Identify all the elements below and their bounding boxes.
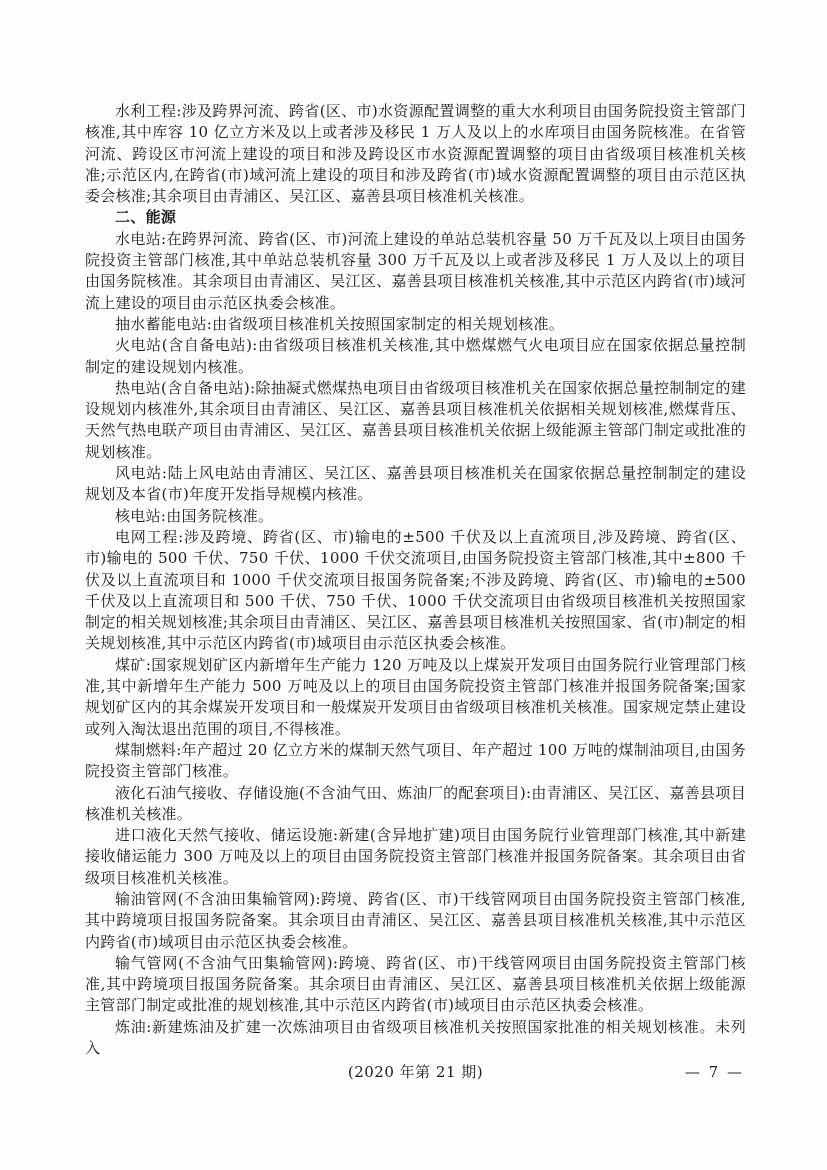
para-nuclear-power-station: 核电站:由国务院核准。 <box>85 506 746 527</box>
para-cogeneration-station: 热电站(含自备电站):除抽凝式燃煤热电项目由省级项目核准机关在国家依据总量控制制… <box>85 378 746 463</box>
para-hydropower-station: 水电站:在跨界河流、跨省(区、市)河流上建设的单站总装机容量 50 万千瓦及以上… <box>85 229 746 314</box>
para-water-conservancy: 水利工程:涉及跨界河流、跨省(区、市)水资源配置调整的重大水利项目由国务院投资主… <box>85 101 746 207</box>
para-power-grid-works: 电网工程:涉及跨境、跨省(区、市)输电的±500 千伏及以上直流项目,涉及跨境、… <box>85 527 746 655</box>
para-lpg-facilities: 液化石油气接收、存储设施(不含油气田、炼油厂的配套项目):由青浦区、吴江区、嘉善… <box>85 783 746 826</box>
para-oil-pipeline-network: 输油管网(不含油田集输管网):跨境、跨省(区、市)干线管网项目由国务院投资主管部… <box>85 889 746 953</box>
document-page: 水利工程:涉及跨界河流、跨省(区、市)水资源配置调整的重大水利项目由国务院投资主… <box>0 0 827 1170</box>
footer-issue-label: (2020 年第 21 期) <box>85 1060 746 1084</box>
para-thermal-power-station: 火电站(含自备电站):由省级项目核准机关核准,其中燃煤燃气火电项目应在国家依据总… <box>85 335 746 378</box>
para-wind-power-station: 风电站:陆上风电站由青浦区、吴江区、嘉善县项目核准机关在国家依据总量控制制定的建… <box>85 463 746 506</box>
para-lng-import-facilities: 进口液化天然气接收、储运设施:新建(含异地扩建)项目由国务院行业管理部门核准,其… <box>85 825 746 889</box>
para-pumped-storage-station: 抽水蓄能电站:由省级项目核准机关按照国家制定的相关规划核准。 <box>85 314 746 335</box>
para-oil-refining: 炼油:新建炼油及扩建一次炼油项目由省级项目核准机关按照国家批准的相关规划核准。未… <box>85 1017 746 1060</box>
para-gas-pipeline-network: 输气管网(不含油气田集输管网):跨境、跨省(区、市)干线管网项目由国务院投资主管… <box>85 953 746 1017</box>
page-footer: (2020 年第 21 期) — 7 — <box>85 1060 746 1084</box>
heading-energy-section: 二、能源 <box>85 207 746 228</box>
para-coal-mine: 煤矿:国家规划矿区内新增年生产能力 120 万吨及以上煤炭开发项目由国务院行业管… <box>85 655 746 740</box>
para-coal-based-fuel: 煤制燃料:年产超过 20 亿立方米的煤制天然气项目、年产超过 100 万吨的煤制… <box>85 740 746 783</box>
document-body: 水利工程:涉及跨界河流、跨省(区、市)水资源配置调整的重大水利项目由国务院投资主… <box>85 101 746 1059</box>
footer-page-number: — 7 — <box>685 1060 744 1084</box>
